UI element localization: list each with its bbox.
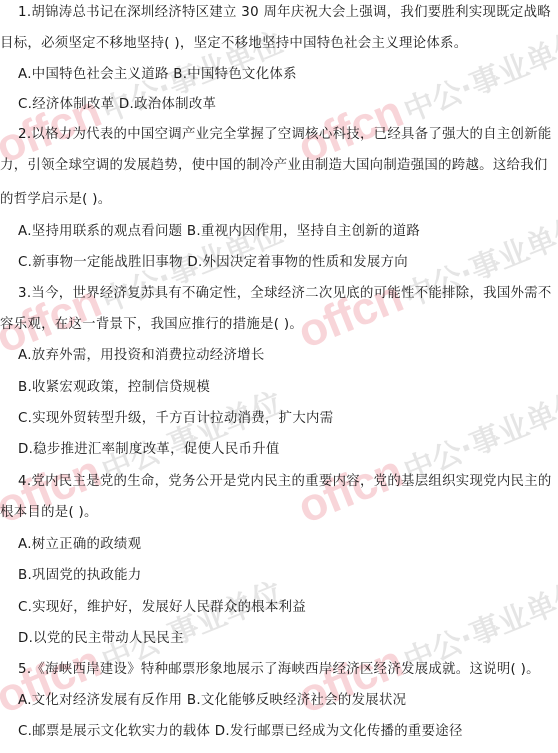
question-3-stem: 容乐观，在这一背景下，我国应推行的措施是( )。 [0, 315, 303, 335]
question-3-stem: 3.当今，世界经济复苏具有不确定性，全球经济二次见底的可能性不能排除，我国外需不 [18, 284, 552, 304]
question-4-option: A.树立正确的政绩观 [18, 535, 141, 555]
question-4-stem: 根本目的是( )。 [0, 503, 98, 523]
question-1-stem: 目标，必须坚定不移地坚持( )，坚定不移地坚持中国特色社会主义理论体系。 [0, 34, 467, 54]
question-2-option: A.坚持用联系的观点看问题 B.重视内因作用，坚持自主创新的道路 [18, 222, 420, 242]
watermark: offcn中公·事业单位 [290, 195, 558, 359]
watermark: offcn中公·事业单位 [290, 370, 558, 534]
question-5-option: C.邮票是展示文化软实力的载体 D.发行邮票已经成为文化传播的重要途径 [18, 722, 463, 742]
exam-document: offcn中公·事业单位 offcn中公·事业单位 offcn中公·事业单位 o… [0, 0, 558, 753]
question-1-option: C.经济体制改革 D.政治体制改革 [18, 95, 216, 115]
question-3-option: A.放弃外需，用投资和消费拉动经济增长 [18, 346, 265, 366]
question-4-option: C.实现好，维护好，发展好人民群众的根本利益 [18, 598, 306, 618]
question-2-stem: 力，引领全球空调的发展趋势，使中国的制冷产业由制造大国向制造强国的跨越。这给我们 [0, 156, 548, 176]
question-2-option: C.新事物一定能战胜旧事物 D.外因决定着事物的性质和发展方向 [18, 253, 408, 273]
question-3-option: D.稳步推进汇率制度改革，促使人民币升值 [18, 440, 280, 460]
question-4-option: D.以党的民主带动人民民主 [18, 629, 184, 649]
question-1-stem: 1.胡锦涛总书记在深圳经济特区建立 30 周年庆祝大会上强调，我们要胜利实现既定… [18, 3, 551, 23]
question-1-option: A.中国特色社会主义道路 B.中国特色文化体系 [18, 65, 297, 85]
question-2-stem: 的哲学启示是( )。 [0, 190, 111, 210]
question-2-stem: 2.以格力为代表的中国空调产业完全掌握了空调核心科技，已经具备了强大的自主创新能 [18, 125, 552, 145]
question-5-option: A.文化对经济发展有反作用 B.文化能够反映经济社会的发展状况 [18, 691, 406, 711]
question-3-option: B.收紧宏观政策，控制信贷规模 [18, 378, 210, 398]
question-5-stem: 5.《海峡西岸建设》特种邮票形象地展示了海峡西岸经济区经济发展成就。这说明( )… [18, 660, 540, 680]
question-4-stem: 4.党内民主是党的生命，党务公开是党内民主的重要内容，党的基层组织实现党内民主的 [18, 472, 552, 492]
question-3-option: C.实现外贸转型升级，千方百计拉动消费，扩大内需 [18, 409, 333, 429]
question-4-option: B.巩固党的执政能力 [18, 566, 142, 586]
